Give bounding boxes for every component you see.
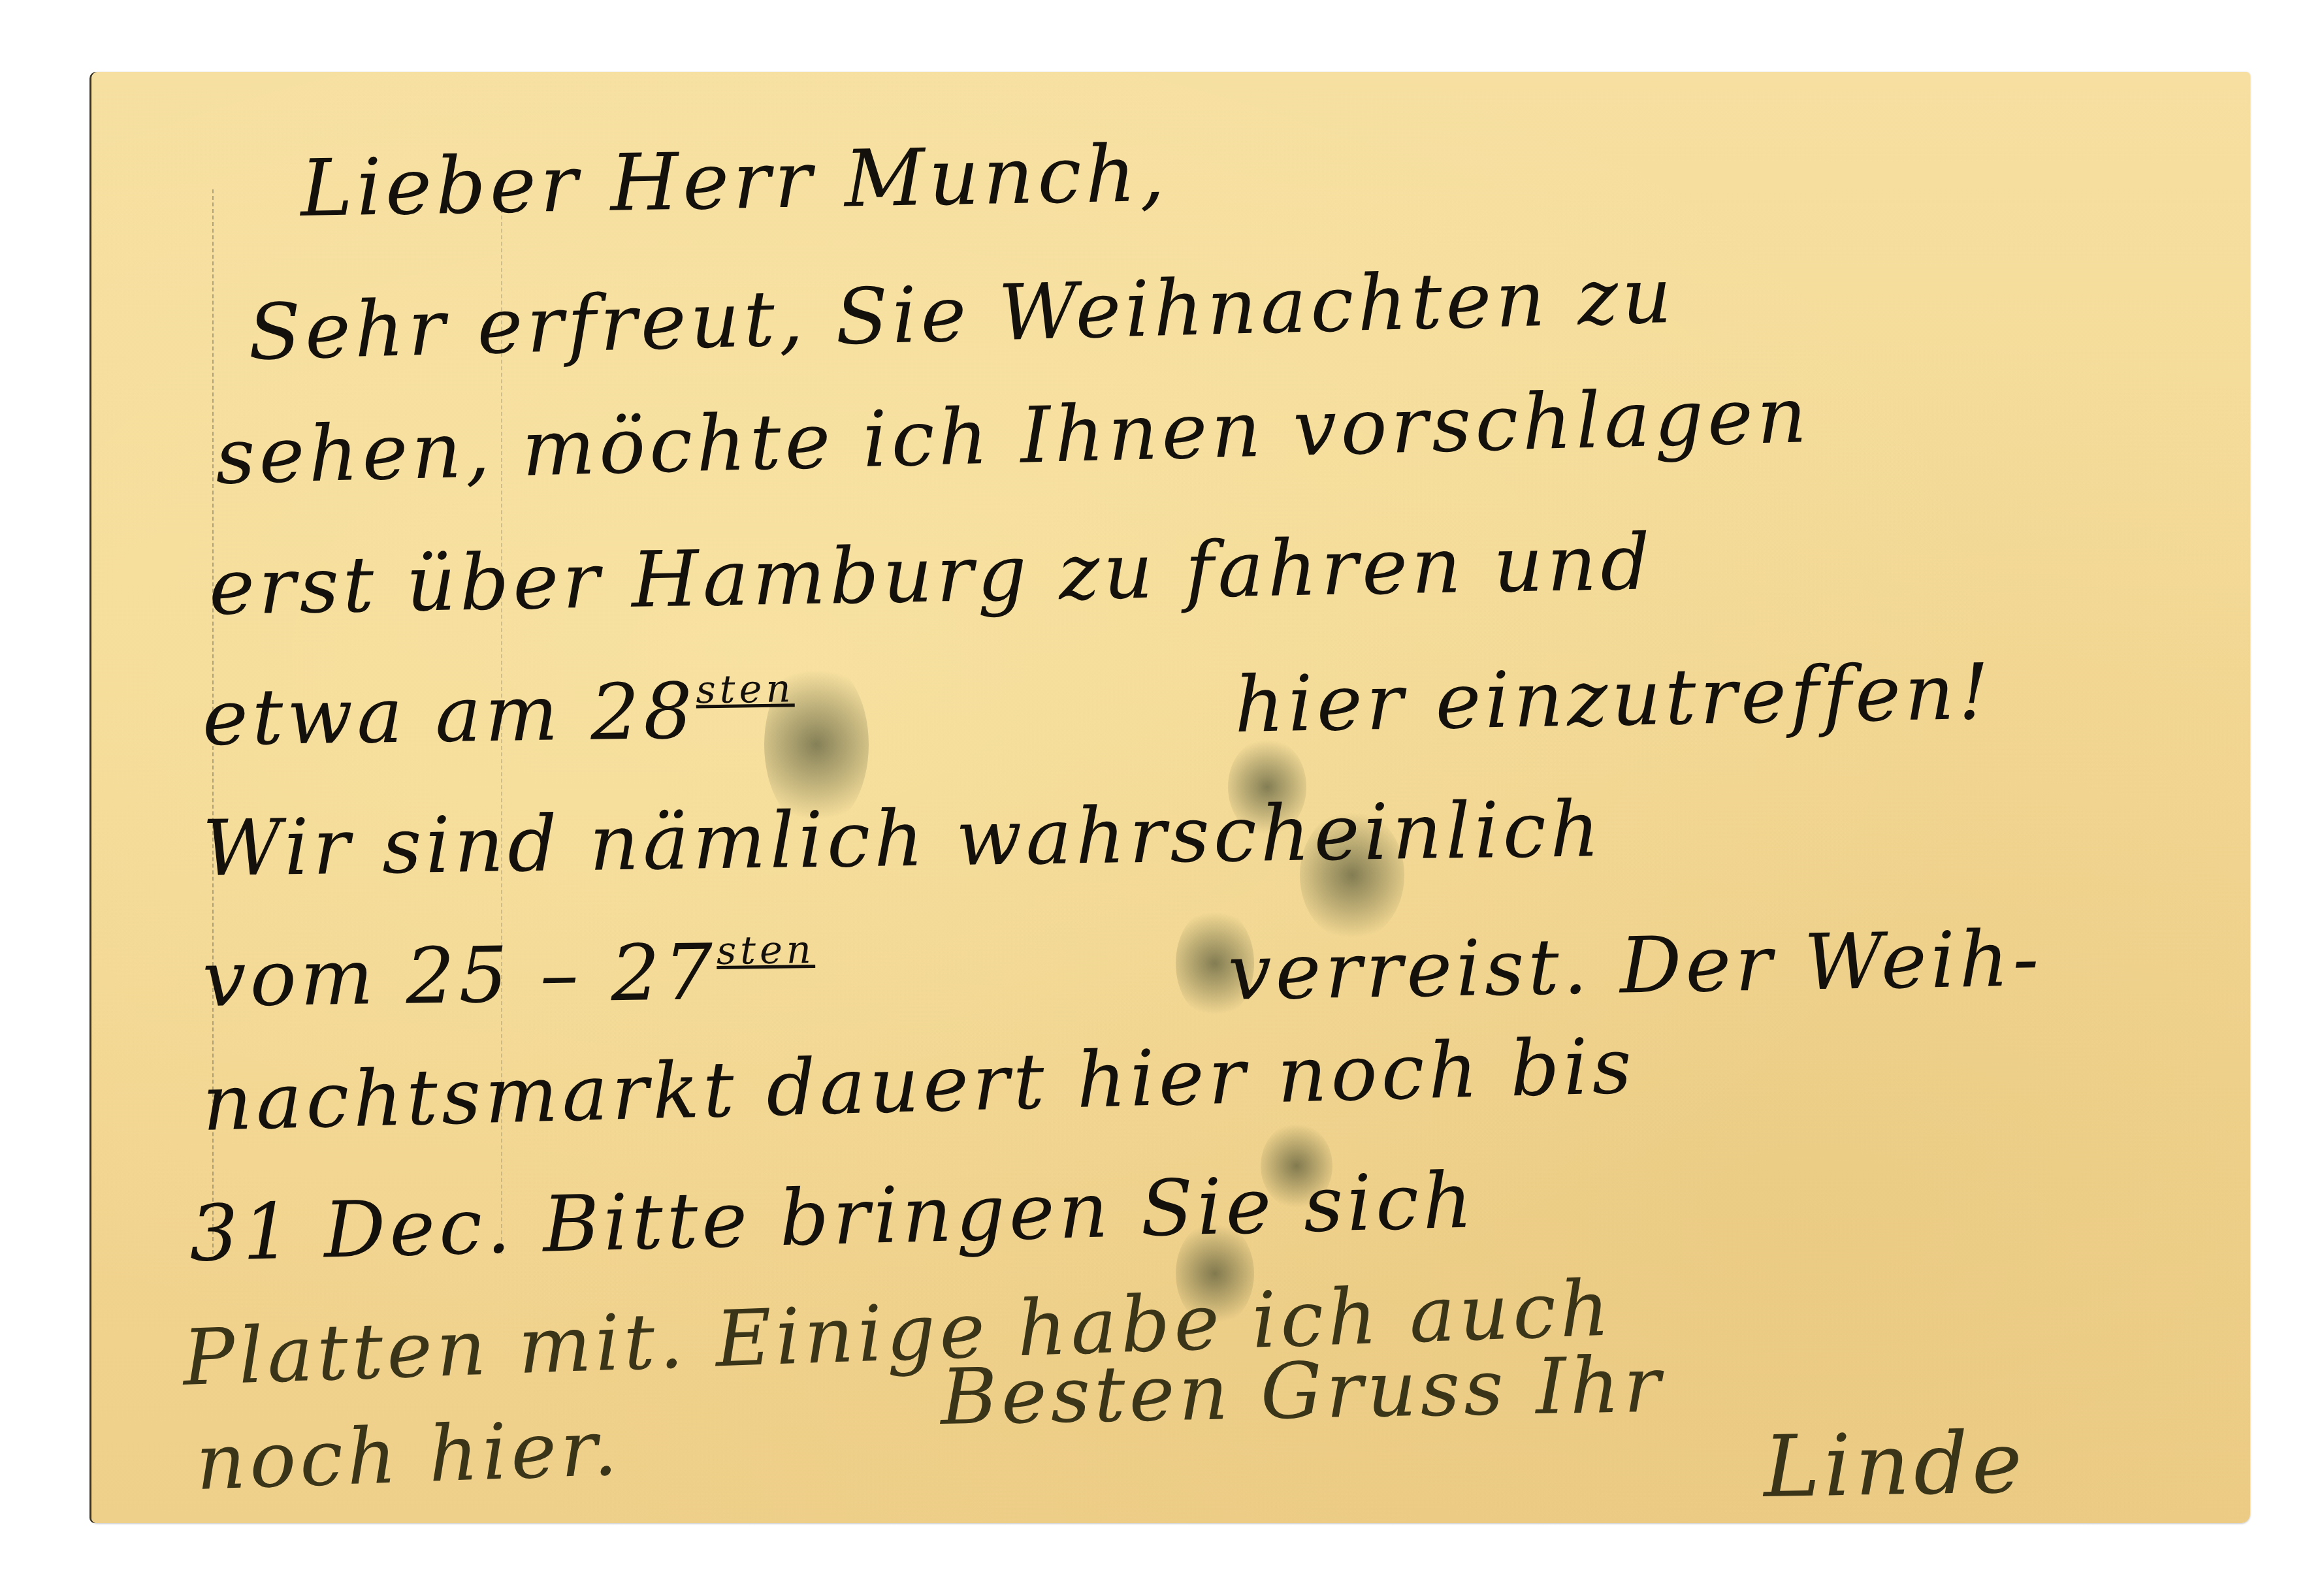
postcard: Lieber Herr Munch, Sehr erfreut, Sie Wei… — [91, 72, 2250, 1523]
body-line-6: vom 25 – 27sten — [202, 925, 816, 1024]
body-line-text: vom 25 – 27 — [202, 927, 717, 1024]
salutation-text: Lieber Herr Munch, — [300, 129, 1169, 234]
salutation: Lieber Herr Munch, — [300, 129, 1169, 234]
body-line-text: etwa am 28 — [202, 666, 697, 763]
signature-text: Linde — [1763, 1413, 2027, 1517]
body-line-text: hier einzutreffen! — [1234, 647, 1994, 750]
body-line-6b: verreist. Der Weih- — [1227, 913, 2044, 1018]
body-line-4b: hier einzutreffen! — [1234, 647, 1994, 750]
ordinal-suffix: sten — [716, 927, 815, 973]
body-line-4: etwa am 28sten — [202, 664, 796, 763]
body-line-text: verreist. Der Weih- — [1227, 913, 2044, 1018]
body-line-10: noch hier. — [195, 1402, 623, 1507]
ordinal-suffix: sten — [696, 666, 795, 712]
closing-text: Besten Gruss Ihr — [940, 1340, 1665, 1442]
body-line-text: noch hier. — [195, 1402, 623, 1507]
signature: Linde — [1763, 1413, 2027, 1517]
closing: Besten Gruss Ihr — [940, 1340, 1665, 1442]
